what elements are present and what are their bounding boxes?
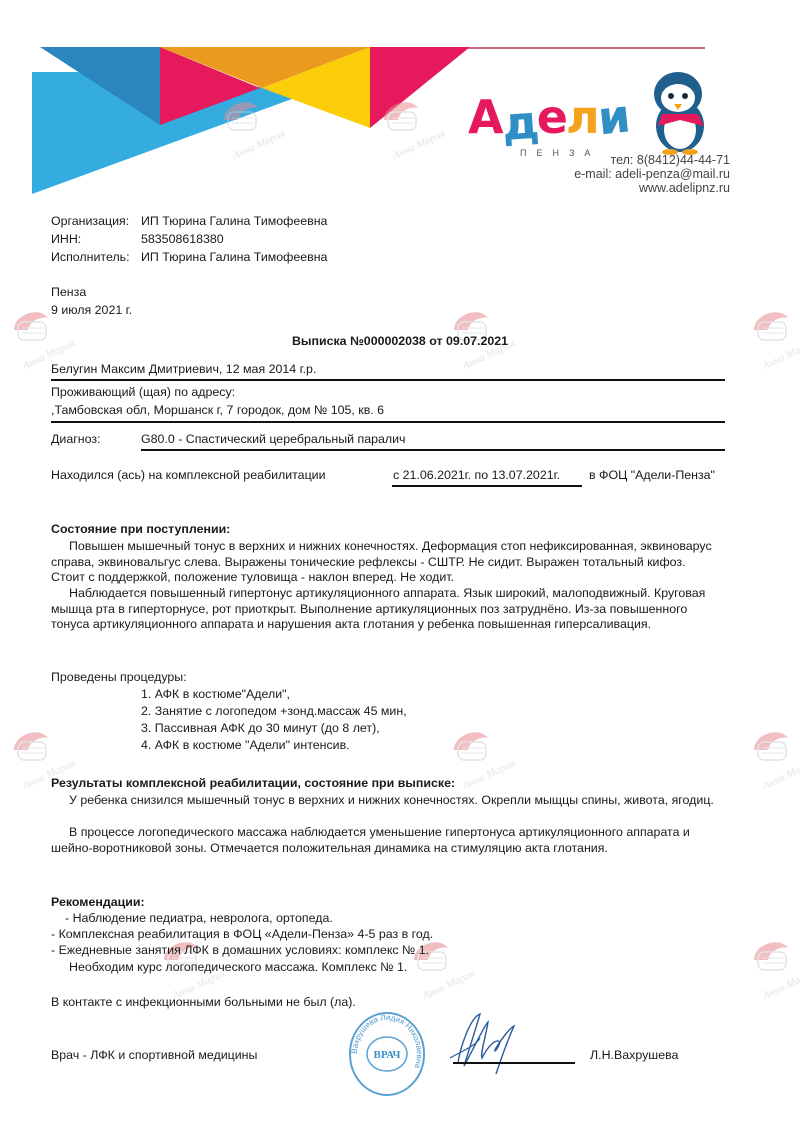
executor-label: Исполнитель: bbox=[51, 250, 130, 264]
logo-letter: е bbox=[537, 90, 566, 144]
place: Пенза bbox=[51, 285, 86, 299]
stay-place: в ФОЦ "Адели-Пенза" bbox=[589, 468, 715, 482]
diagnosis-label: Диагноз: bbox=[51, 432, 100, 446]
watermark-logo-icon: Анна Мария bbox=[740, 720, 800, 800]
doctor-stamp-icon: Вахрушева Лидия Николаевна ВРАЧ bbox=[347, 1010, 427, 1098]
address-label: Проживающий (щая) по адресу: bbox=[51, 385, 235, 399]
logo-letter: и bbox=[595, 89, 631, 146]
signature-line bbox=[453, 1062, 575, 1064]
document-date: 9 июля 2021 г. bbox=[51, 303, 132, 317]
svg-text:Анна Мария: Анна Мария bbox=[760, 757, 800, 792]
results-heading: Результаты комплексной реабилитации, сос… bbox=[51, 776, 455, 790]
logo-wordmark: Адели bbox=[468, 90, 628, 144]
divider bbox=[51, 379, 725, 381]
doctor-position: Врач - ЛФК и спортивной медицины bbox=[51, 1048, 257, 1062]
doctor-signature bbox=[440, 1008, 540, 1078]
recommendation-item: - Комплексная реабилитация в ФОЦ «Адели-… bbox=[51, 927, 433, 941]
recommendation-item: Необходим курс логопедического массажа. … bbox=[69, 960, 407, 974]
divider bbox=[392, 485, 582, 487]
procedure-item: 4. АФК в костюме "Адели" интенсив. bbox=[141, 738, 350, 752]
admission-paragraph: Наблюдается повышенный гипертонус артику… bbox=[51, 586, 721, 633]
logo-letter: А bbox=[468, 90, 502, 144]
results-paragraph: В процессе логопедического массажа наблю… bbox=[51, 825, 721, 856]
svg-text:ВРАЧ: ВРАЧ bbox=[374, 1049, 401, 1061]
contact-phone: тел: 8(8412)44-44-71 bbox=[574, 153, 730, 167]
contact-block: тел: 8(8412)44-44-71 e-mail: adeli-penza… bbox=[574, 153, 730, 195]
inn-label: ИНН: bbox=[51, 232, 81, 246]
contact-email: e-mail: adeli-penza@mail.ru bbox=[574, 167, 730, 181]
contact-website: www.adelipnz.ru bbox=[574, 181, 730, 195]
org-label: Организация: bbox=[51, 214, 129, 228]
org-value: ИП Тюрина Галина Тимофеевна bbox=[141, 214, 327, 228]
doctor-name: Л.Н.Вахрушева bbox=[590, 1048, 678, 1062]
executor-value: ИП Тюрина Галина Тимофеевна bbox=[141, 250, 327, 264]
divider bbox=[51, 421, 725, 423]
stay-period: с 21.06.2021г. по 13.07.2021г. bbox=[393, 468, 560, 482]
patient-address: ,Тамбовская обл, Моршанск г, 7 городок, … bbox=[51, 403, 384, 417]
divider bbox=[141, 449, 725, 451]
letterhead-banner: Адели ПЕНЗА тел: 8(8412)44-44-71 e-mail:… bbox=[0, 0, 800, 200]
recommendation-item: - Наблюдение педиатра, невролога, ортопе… bbox=[65, 911, 333, 925]
admission-heading: Состояние при поступлении: bbox=[51, 522, 230, 536]
results-paragraph: У ребенка снизился мышечный тонус в верх… bbox=[51, 793, 721, 809]
procedures-heading: Проведены процедуры: bbox=[51, 670, 187, 684]
svg-text:Анна Мария: Анна Мария bbox=[460, 757, 517, 792]
diagnosis-value: G80.0 - Спастический церебральный парали… bbox=[141, 432, 406, 446]
recommendation-item: - Ежедневные занятия ЛФК в домашних усло… bbox=[51, 943, 429, 957]
stay-label: Находился (ась) на комплексной реабилита… bbox=[51, 468, 326, 482]
procedure-item: 2. Занятие с логопедом +зонд.массаж 45 м… bbox=[141, 704, 407, 718]
recommendations-heading: Рекомендации: bbox=[51, 895, 145, 909]
watermark-logo-icon: Анна Мария bbox=[740, 930, 800, 1010]
procedure-item: 1. АФК в костюме"Адели", bbox=[141, 687, 290, 701]
inn-value: 583508618380 bbox=[141, 232, 224, 246]
svg-text:Анна Мария: Анна Мария bbox=[420, 967, 477, 1002]
procedure-item: 3. Пассивная АФК до 30 минут (до 8 лет), bbox=[141, 721, 380, 735]
admission-paragraph: Повышен мышечный тонус в верхних и нижни… bbox=[51, 539, 721, 586]
svg-text:Вахрушева Лидия Николаевна: Вахрушева Лидия Николаевна bbox=[350, 1013, 424, 1070]
patient-name-dob: Белугин Максим Дмитриевич, 12 мая 2014 г… bbox=[51, 362, 316, 376]
logo-letter: д bbox=[500, 95, 539, 151]
svg-text:Анна Мария: Анна Мария bbox=[760, 967, 800, 1002]
document-title: Выписка №000002038 от 09.07.2021 bbox=[0, 334, 800, 348]
logo-letter: л bbox=[566, 90, 598, 144]
penguin-mascot-icon bbox=[640, 66, 720, 156]
contact-note: В контакте с инфекционными больными не б… bbox=[51, 995, 356, 1009]
watermark-logo-icon: Анна Мария bbox=[400, 930, 480, 1010]
